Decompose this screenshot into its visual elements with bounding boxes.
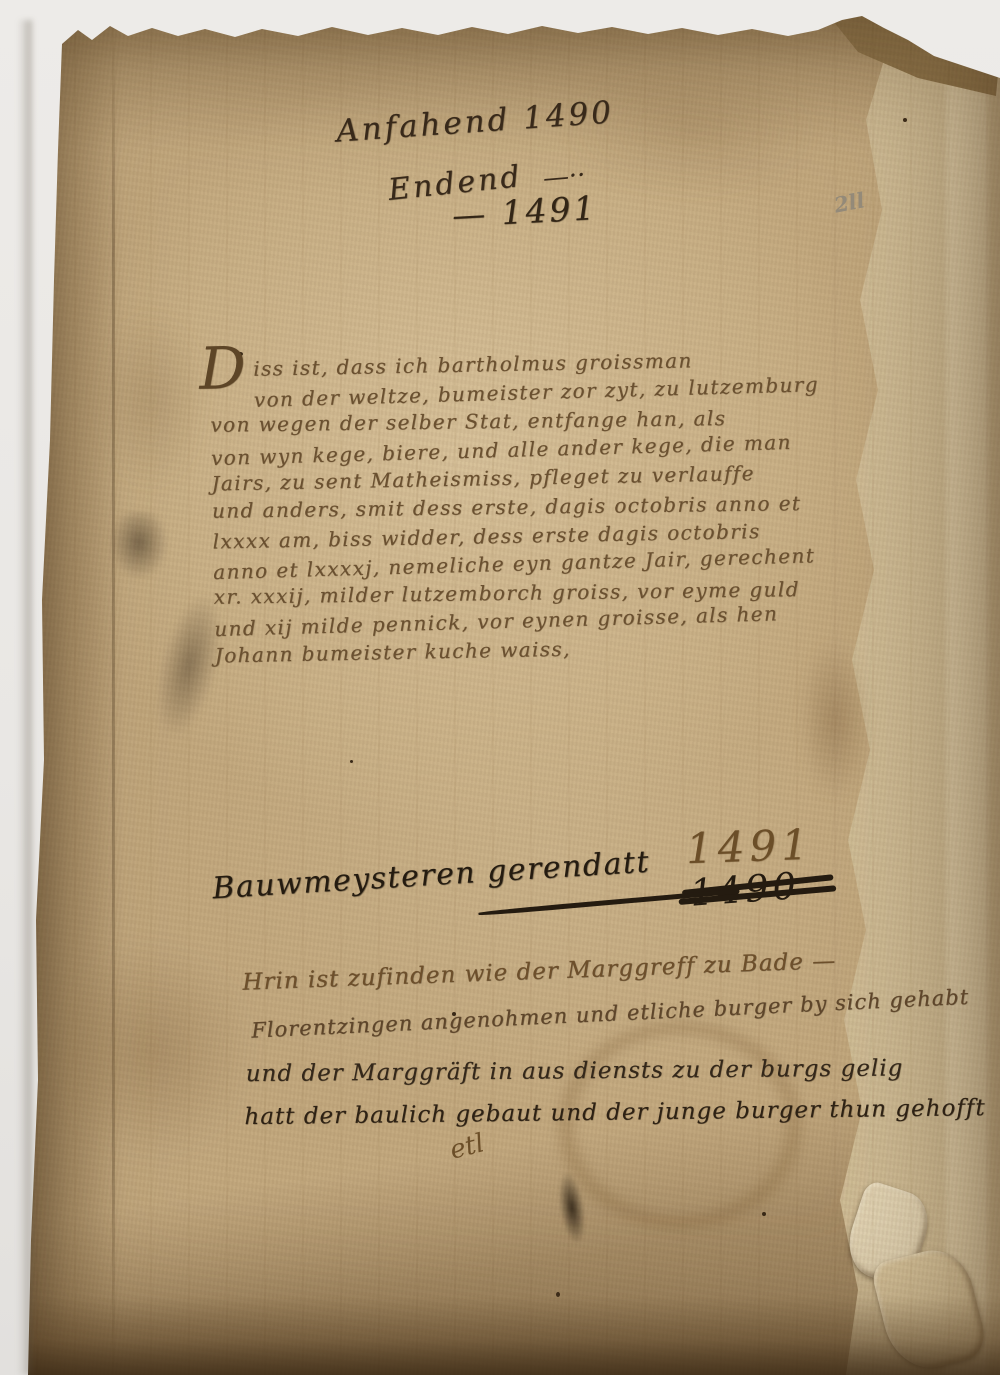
page-cast-shadow (18, 20, 32, 1375)
header-line-year: — 1491 (451, 188, 598, 235)
crossed-year-wrapper: 1490 (689, 864, 802, 915)
bottom-edge-shadow (28, 1296, 1000, 1375)
main-entry-paragraph: Diss ist, dass ich bartholmus groissman … (209, 344, 795, 670)
photo-background: Anfahend 1490 Endend —·· — 1491 2ll Diss… (0, 0, 1000, 1375)
manuscript-page: Anfahend 1490 Endend —·· — 1491 2ll Diss… (0, 0, 1000, 1375)
